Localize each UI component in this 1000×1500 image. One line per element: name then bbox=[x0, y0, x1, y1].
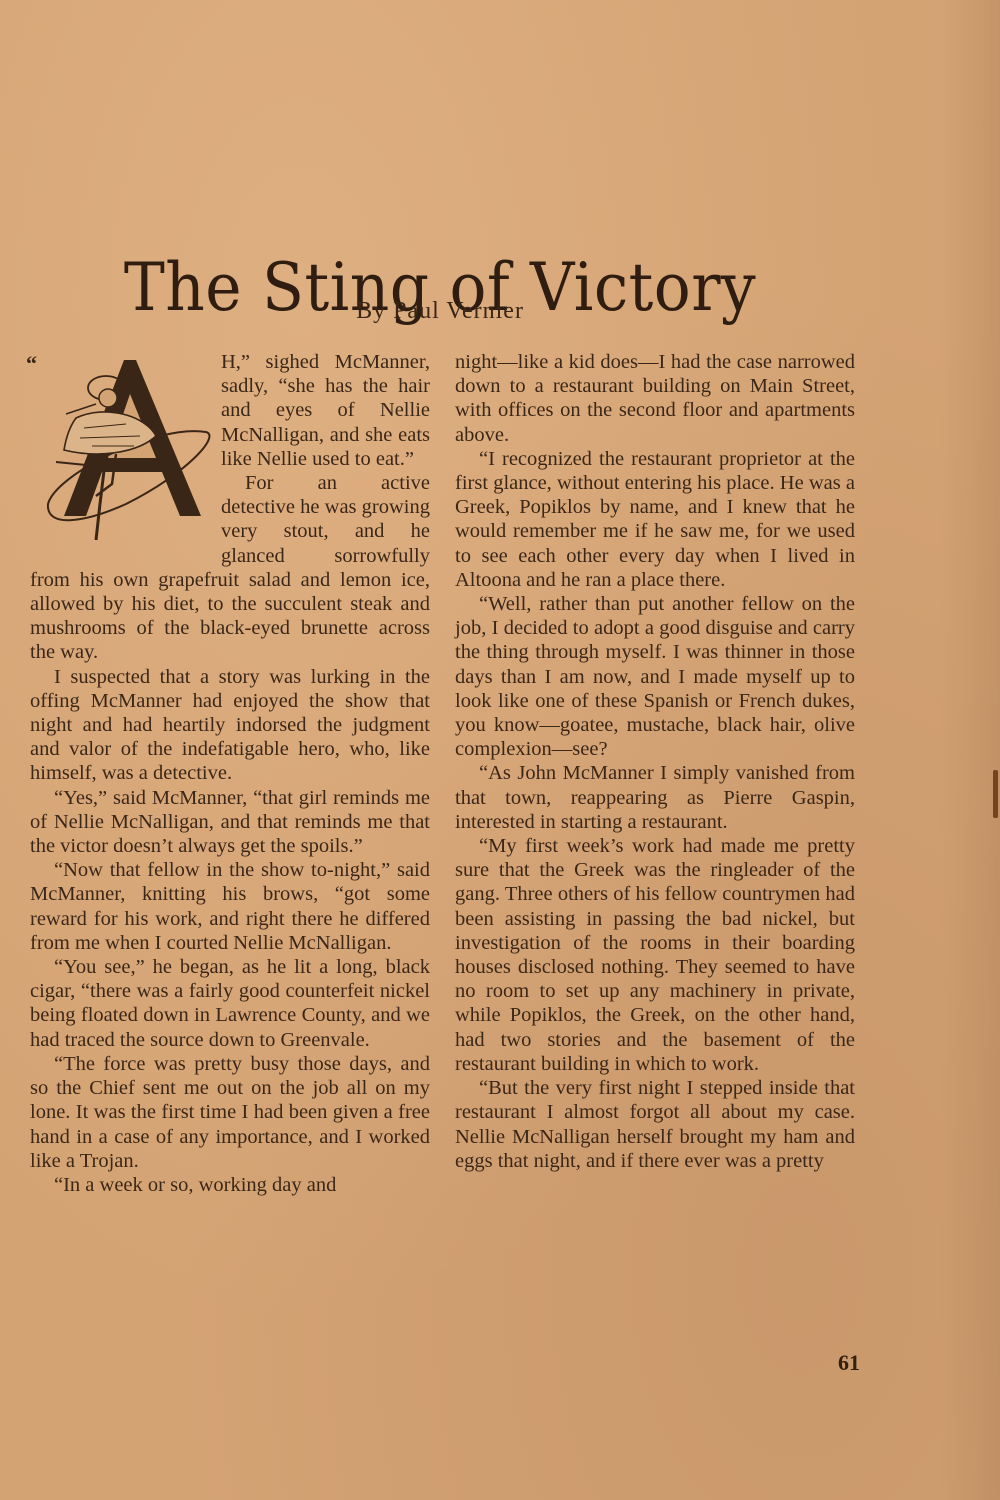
article-byline: By Paul Vernier bbox=[0, 298, 880, 325]
paragraph: “You see,” he began, as he lit a long, b… bbox=[30, 955, 430, 1052]
drop-cap: “ bbox=[26, 350, 211, 544]
paragraph: “My first week’s work had made me pretty… bbox=[455, 834, 855, 1076]
paragraph: “Now that fellow in the show to-night,” … bbox=[30, 858, 430, 955]
paragraph: “The force was pretty busy those days, a… bbox=[30, 1052, 430, 1173]
paragraph: “In a week or so, working day and bbox=[30, 1173, 430, 1197]
drop-cap-illustration-icon bbox=[36, 354, 211, 544]
paragraph: “Yes,” said McManner, “that girl reminds… bbox=[30, 786, 430, 859]
paragraph: I suspected that a story was lurking in … bbox=[30, 665, 430, 786]
page-number: 61 bbox=[780, 1350, 860, 1376]
right-column: night—like a kid does—I had the case nar… bbox=[455, 350, 855, 1173]
paragraph: night—like a kid does—I had the case nar… bbox=[455, 350, 855, 447]
paragraph: “As John McManner I simply vanished from… bbox=[455, 761, 855, 834]
paragraph: “I recognized the restaurant proprietor … bbox=[455, 447, 855, 592]
paragraph: “Well, rather than put another fellow on… bbox=[455, 592, 855, 761]
left-column: “ H,” sighed McManner, sadly, “she has t… bbox=[30, 350, 430, 1197]
magazine-page: The Sting of Victory By Paul Vernier “ bbox=[0, 0, 1000, 1500]
paragraph: “But the very first night I stepped insi… bbox=[455, 1076, 855, 1173]
page-edge-stain bbox=[993, 770, 998, 818]
